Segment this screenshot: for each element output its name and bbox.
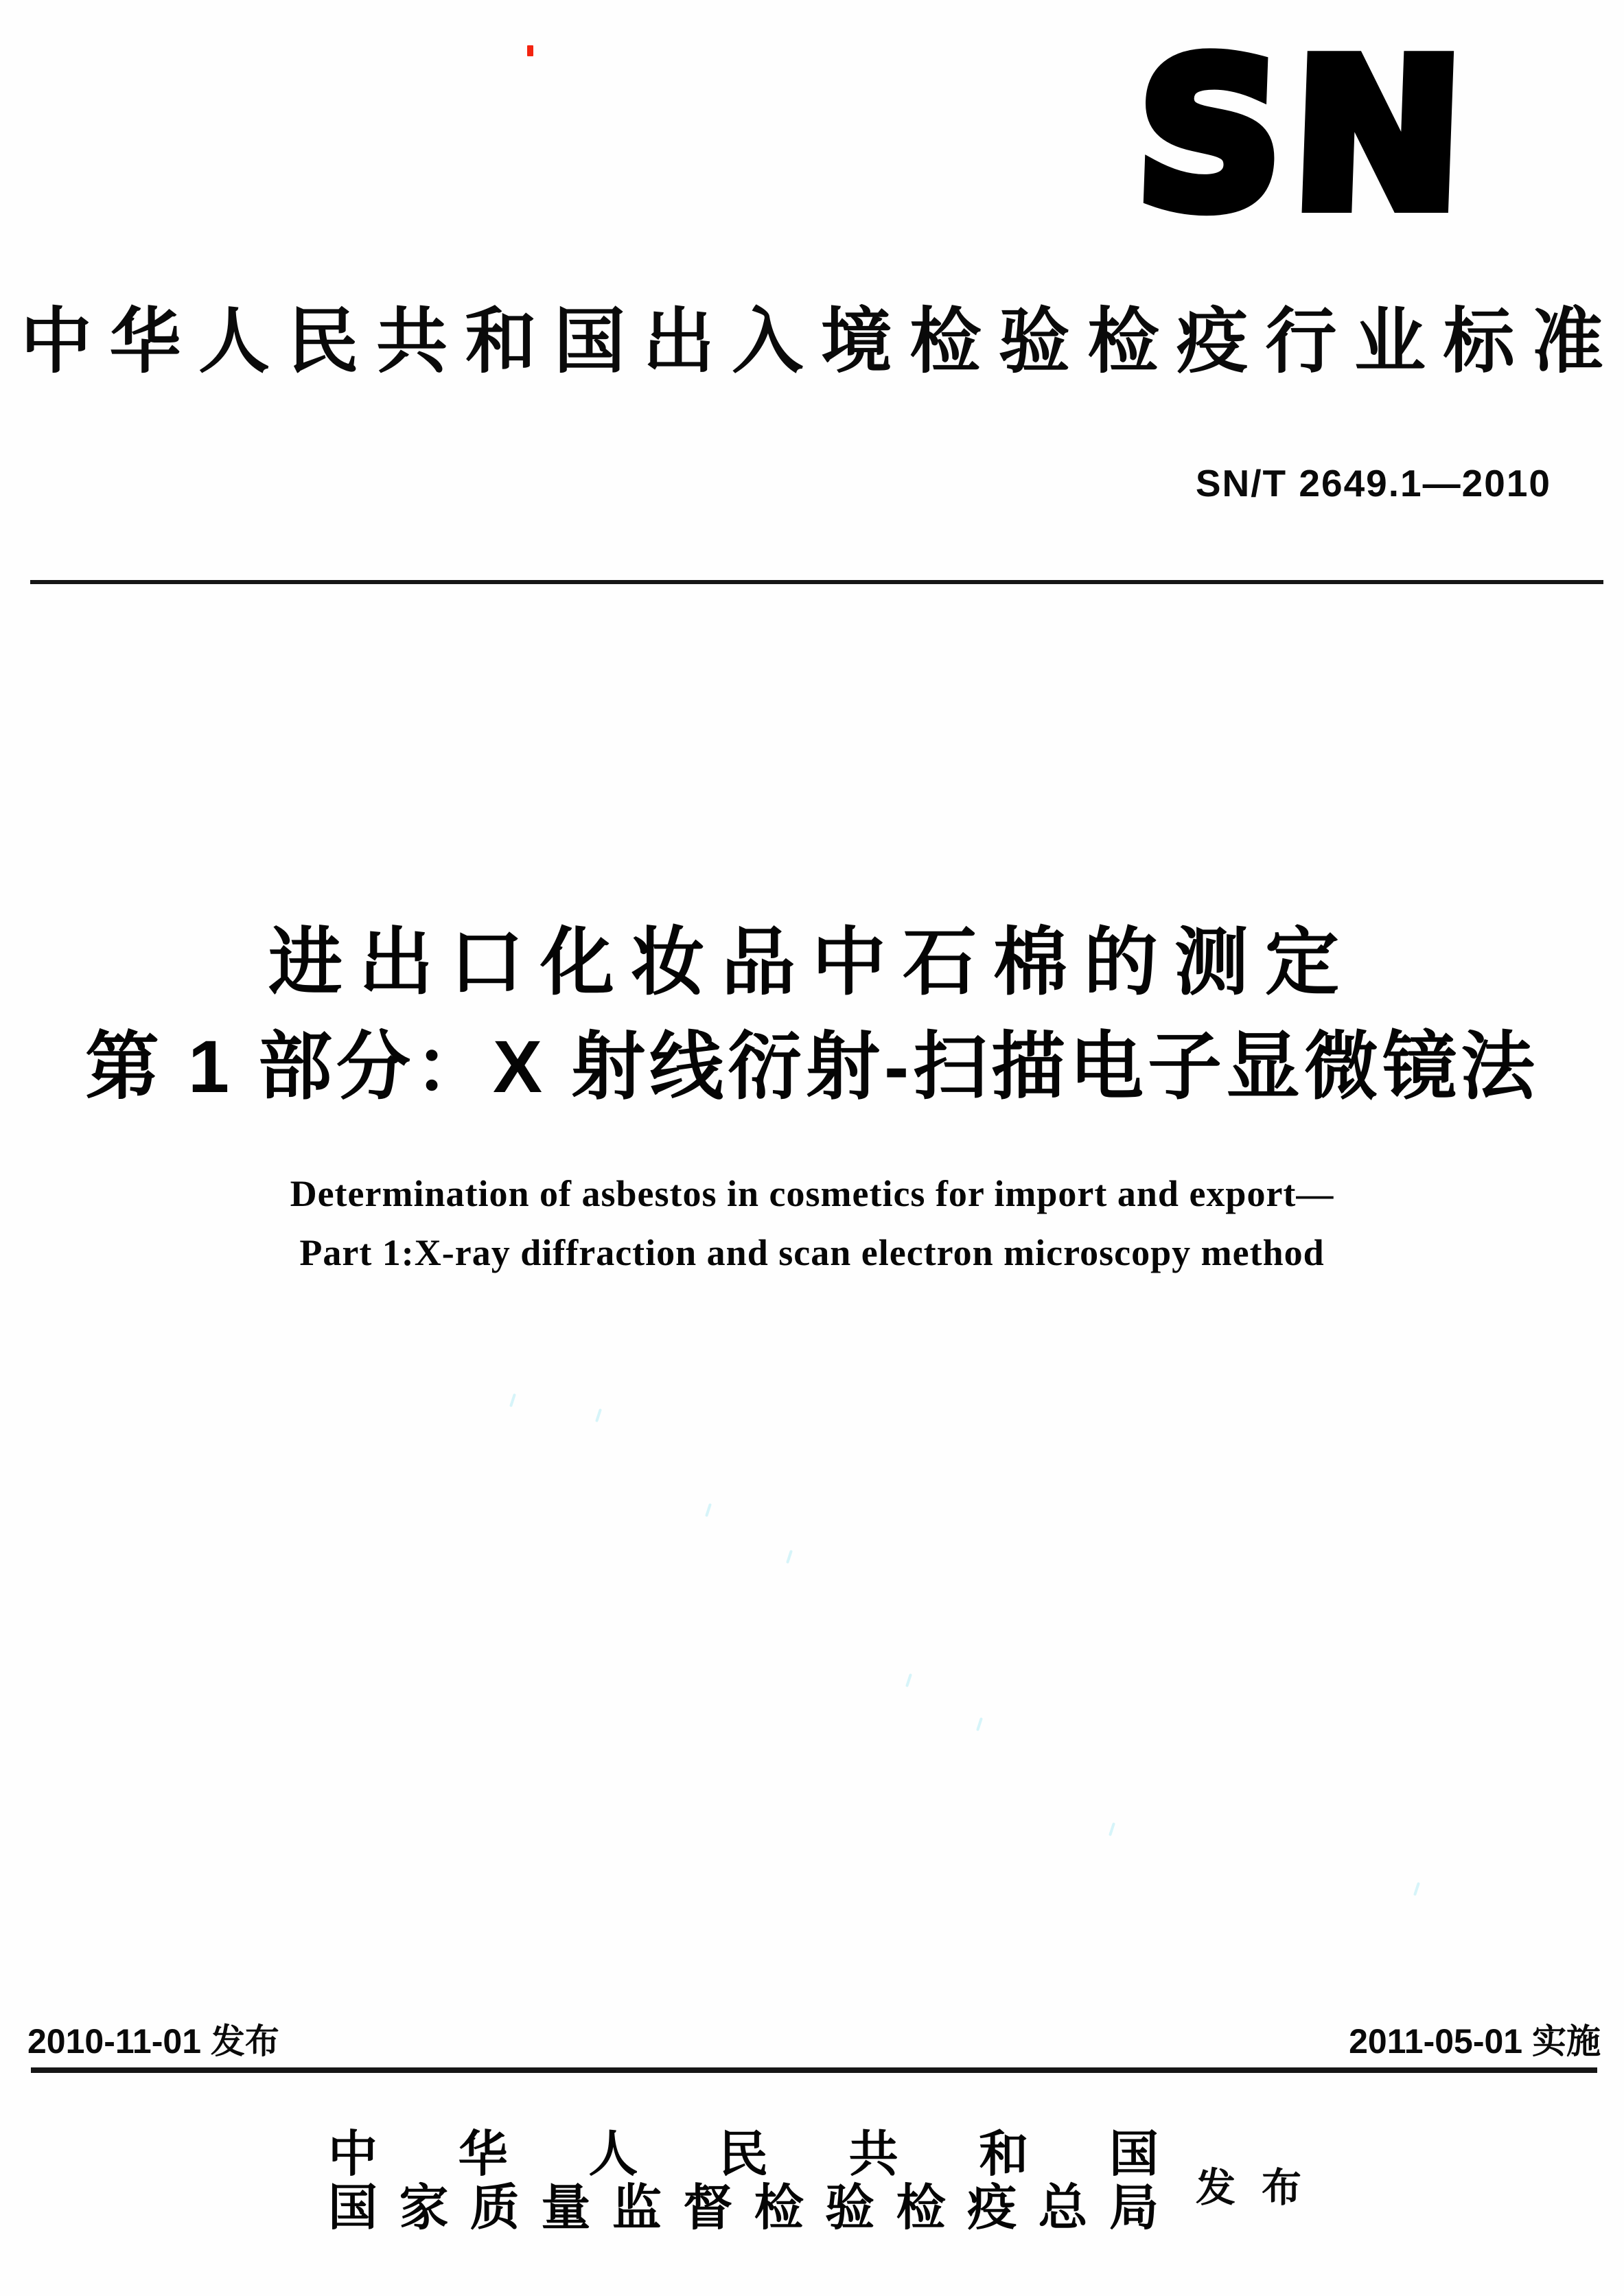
main-title-zh-line2: 第 1 部分：X 射线衍射-扫描电子显微镜法 [0,1014,1624,1119]
scan-speck [786,1550,793,1564]
issue-date: 2010-11-01 发布 [27,2014,279,2063]
scan-speck [509,1393,516,1407]
publisher-block: 中华人民共和国 国家质量监督检验检疫总局 [328,2128,1159,2235]
sn-logo: SN [1117,29,1499,225]
masthead-divider-line [30,580,1603,584]
standard-number: SN/T 2649.1—2010 [1196,461,1551,505]
scan-speck [1413,1882,1420,1896]
main-title-zh-line1: 进出口化妆品中石棉的测定 [0,910,1624,1014]
publish-label: 发布 [1196,2155,1327,2213]
scan-speck [905,1673,912,1687]
sn-logo-text: SN [1133,29,1476,225]
implementation-date: 2011-05-01 实施 [1349,2014,1601,2063]
scan-speck [595,1408,602,1422]
publisher-line1: 中华人民共和国 [328,2128,1159,2181]
main-title-en-line1: Determination of asbestos in cosmetics f… [0,1164,1624,1223]
scan-speck [976,1717,983,1731]
main-title-chinese: 进出口化妆品中石棉的测定 第 1 部分：X 射线衍射-扫描电子显微镜法 [0,910,1624,1119]
footer-divider-line [31,2067,1597,2073]
publisher-line2: 国家质量监督检验检疫总局 [328,2181,1159,2235]
red-scan-artifact [527,45,533,56]
main-title-en-line2: Part 1:X-ray diffraction and scan electr… [0,1223,1624,1282]
main-title-english: Determination of asbestos in cosmetics f… [0,1164,1624,1282]
standard-category-title: 中华人民共和国出入境检验检疫行业标准 [21,299,1603,385]
standard-cover-page: SN 中华人民共和国出入境检验检疫行业标准 SN/T 2649.1—2010 进… [0,0,1624,2296]
scan-speck [1109,1822,1115,1836]
scan-speck [705,1503,712,1517]
